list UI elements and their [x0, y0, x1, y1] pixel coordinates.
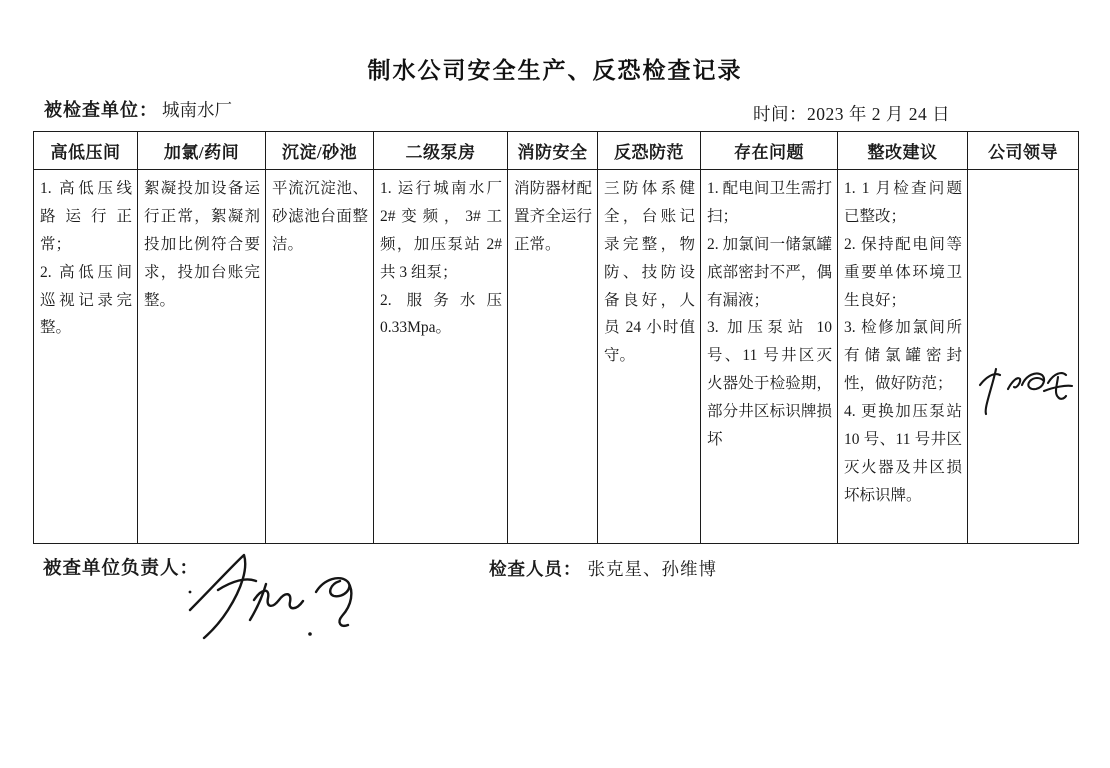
document-page: 制水公司安全生产、反恐检查记录 被检查单位：城南水厂 时间：2023 年 2 月…	[0, 0, 1110, 768]
inspection-time: 时间：2023 年 2 月 24 日	[753, 101, 950, 126]
cell-high-low-voltage: 1. 高低压线路运行正常； 2. 高低压间巡视记录完整。	[34, 170, 138, 544]
column-header-fire-safety: 消防安全	[508, 132, 598, 170]
column-header-high-low-voltage: 高低压间	[34, 132, 138, 170]
inspected-unit: 被检查单位：城南水厂	[44, 96, 232, 122]
table-row: 1. 高低压线路运行正常； 2. 高低压间巡视记录完整。 絮凝投加设备运行正常，…	[34, 170, 1079, 544]
cell-fire-safety: 消防器材配置齐全运行正常。	[508, 170, 598, 544]
column-header-chlorination-room: 加氯/药间	[138, 132, 266, 170]
responsible-person-label: 被查单位负责人：	[43, 554, 199, 580]
inspected-unit-value: 城南水厂	[162, 100, 232, 120]
inspectors-label: 检查人员：	[489, 559, 582, 579]
inspected-unit-label: 被检查单位：	[44, 100, 158, 120]
cell-chlorination-room: 絮凝投加设备运行正常，絮凝剂投加比例符合要求，投加台账完整。	[138, 170, 266, 544]
column-header-existing-problems: 存在问题	[701, 132, 838, 170]
inspection-table: 高低压间 加氯/药间 沉淀/砂池 二级泵房 消防安全 反恐防范 存在问题 整改建…	[33, 131, 1079, 544]
column-header-company-leader: 公司领导	[968, 132, 1079, 170]
column-header-secondary-pump-house: 二级泵房	[374, 132, 508, 170]
cell-company-leader	[968, 170, 1079, 544]
time-label: 时间：	[753, 104, 807, 124]
company-leader-signature-icon	[974, 359, 1078, 419]
page-title: 制水公司安全生产、反恐检查记录	[0, 52, 1110, 85]
inspectors-line: 检查人员：张克星、孙维博	[489, 556, 717, 581]
cell-existing-problems: 1. 配电间卫生需打扫； 2. 加氯间一储氯罐底部密封不严，偶有漏液； 3. 加…	[701, 170, 838, 544]
responsible-person-signature-icon	[182, 548, 412, 653]
table-header-row: 高低压间 加氯/药间 沉淀/砂池 二级泵房 消防安全 反恐防范 存在问题 整改建…	[34, 132, 1079, 170]
time-value: 2023 年 2 月 24 日	[807, 104, 950, 124]
column-header-anti-terrorism: 反恐防范	[598, 132, 701, 170]
cell-secondary-pump-house: 1. 运行城南水厂 2#变频，3#工频，加压泵站 2#共 3 组泵； 2. 服务…	[374, 170, 508, 544]
cell-anti-terrorism: 三防体系健全，台账记录完整，物防、技防设备良好，人员 24 小时值守。	[598, 170, 701, 544]
column-header-rectification-suggestions: 整改建议	[838, 132, 968, 170]
column-header-sedimentation-pool: 沉淀/砂池	[266, 132, 374, 170]
cell-rectification-suggestions: 1. 1 月检查问题已整改； 2. 保持配电间等重要单体环境卫生良好； 3. 检…	[838, 170, 968, 544]
cell-sedimentation-pool: 平流沉淀池、砂滤池台面整洁。	[266, 170, 374, 544]
inspectors-value: 张克星、孙维博	[588, 559, 718, 579]
